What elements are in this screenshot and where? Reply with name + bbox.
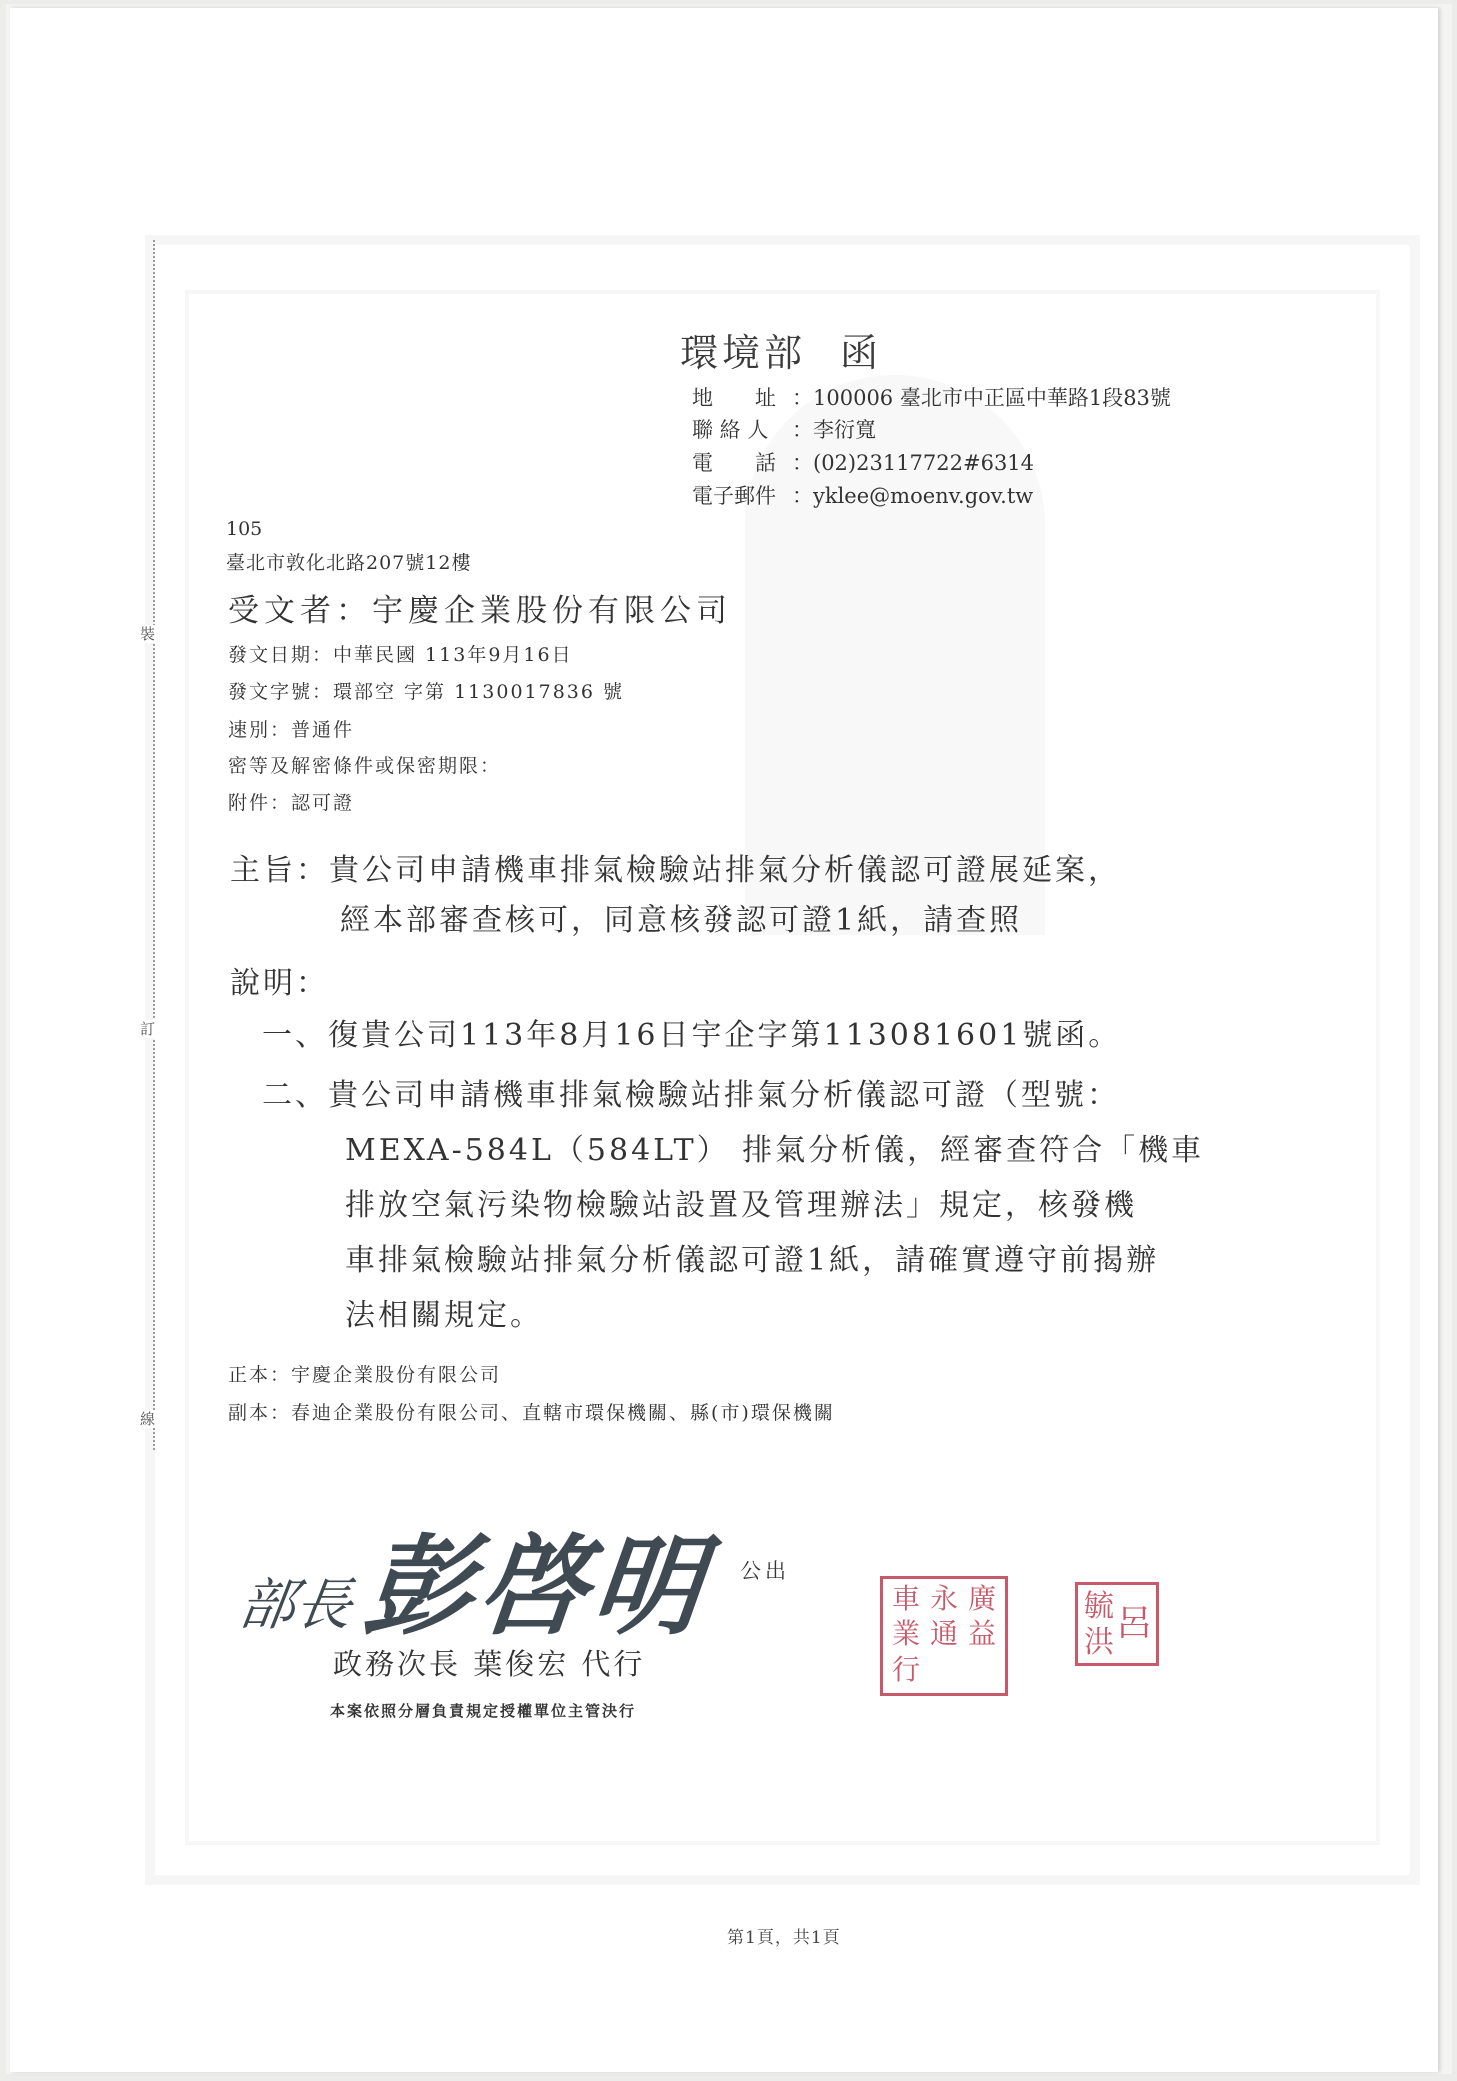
explanation-item-2: 二、貴公司申請機車排氣檢驗站排氣分析儀認可證（型號：	[262, 1070, 1120, 1114]
seal-char: 毓	[1082, 1589, 1116, 1625]
meta-label: 密等及解密條件或保密期限：	[228, 755, 501, 777]
seal-char: 業	[887, 1618, 925, 1653]
seal-char: 洪	[1082, 1625, 1116, 1661]
meta-value: 環部空 字第 1130017836 號	[333, 681, 624, 703]
seal-char: 呂	[1116, 1589, 1152, 1661]
subject-line-2: 經本部審查核可，同意核發認可證1紙，請查照	[340, 895, 1022, 939]
seal-char: 永	[925, 1583, 963, 1618]
release-mark: 公出	[740, 1555, 790, 1585]
contact-label: 電子郵件	[692, 480, 792, 510]
contact-person: 聯 絡 人：李衍寬	[692, 414, 876, 444]
contact-phone: 電 話：(02)23117722#6314	[692, 447, 1034, 477]
signature-block: 部長彭啓明	[240, 1500, 708, 1655]
contact-label: 聯 絡 人	[692, 414, 792, 444]
recipient-address: 臺北市敦化北路207號12樓	[226, 548, 471, 575]
seal-char	[925, 1654, 963, 1689]
item-number: 二、	[262, 1078, 328, 1113]
item-number: 一、	[262, 1018, 328, 1053]
meta-value: 認可證	[291, 792, 354, 814]
meta-label: 附件：	[228, 792, 291, 814]
distribution-label: 副本：	[228, 1402, 291, 1424]
distribution-value: 宇慶企業股份有限公司	[291, 1364, 501, 1386]
delegation-note: 本案依照分層負責規定授權單位主管決行	[330, 1700, 636, 1721]
explanation-item-2-line-5: 法相關規定。	[345, 1290, 543, 1334]
deputy-signatory: 政務次長 葉俊宏 代行	[333, 1642, 645, 1683]
contact-address: 地 址：100006 臺北市中正區中華路1段83號	[692, 382, 1171, 412]
explanation-item-1: 一、復貴公司113年8月16日宇企字第113081601號函。	[262, 1010, 1121, 1054]
issue-date: 發文日期：中華民國 113年9月16日	[228, 640, 573, 667]
urgency: 速別：普通件	[228, 715, 354, 742]
signatory-name: 彭啓明	[358, 1500, 716, 1655]
meta-label: 發文日期：	[228, 644, 333, 666]
item-text: 復貴公司113年8月16日宇企字第113081601號函。	[328, 1018, 1121, 1053]
agency-name: 環境部	[680, 331, 806, 375]
subject-label: 主旨：	[230, 853, 329, 888]
seal-char: 通	[925, 1618, 963, 1653]
signatory-title: 部長	[234, 1561, 357, 1641]
explanation-item-2-line-3: 排放空氣污染物檢驗站設置及管理辦法」規定，核發機	[345, 1180, 1137, 1224]
copy-recipients: 副本：春迪企業股份有限公司、直轄市環保機關、縣(市)環保機關	[228, 1398, 835, 1425]
recipient-name: 宇慶企業股份有限公司	[372, 593, 732, 629]
contact-value: 100006 臺北市中正區中華路1段83號	[813, 386, 1171, 410]
distribution-value: 春迪企業股份有限公司、直轄市環保機關、縣(市)環保機關	[291, 1402, 835, 1424]
contact-email: 電子郵件：yklee@moenv.gov.tw	[692, 480, 1033, 510]
attachment: 附件：認可證	[228, 788, 354, 815]
seal-char: 廣	[963, 1583, 1001, 1618]
binding-mark-bottom: 線	[140, 1410, 155, 1428]
meta-label: 發文字號：	[228, 681, 333, 703]
confidentiality: 密等及解密條件或保密期限：	[228, 751, 501, 778]
personal-seal-stamp: 呂 毓 洪	[1075, 1582, 1159, 1666]
binding-dotted-line	[153, 240, 155, 1450]
explanation-item-2-line-2: MEXA-584L（584LT） 排氣分析儀，經審查符合「機車	[345, 1125, 1204, 1169]
original-recipient: 正本：宇慶企業股份有限公司	[228, 1360, 501, 1387]
contact-label: 地 址	[692, 382, 792, 412]
recipient-postal-code: 105	[226, 518, 262, 540]
recipient-label: 受文者：	[228, 593, 372, 629]
subject-text: 貴公司申請機車排氣檢驗站排氣分析儀認可證展延案，	[329, 853, 1121, 888]
contact-label: 電 話	[692, 447, 792, 477]
distribution-label: 正本：	[228, 1364, 291, 1386]
seal-char: 益	[963, 1618, 1001, 1653]
seal-char: 行	[887, 1654, 925, 1689]
seal-char: 車	[887, 1583, 925, 1618]
binding-mark-top: 裝	[140, 625, 155, 643]
contact-value: 李衍寬	[813, 418, 876, 442]
seal-char	[963, 1654, 1001, 1689]
page-indicator: 第1頁，共1頁	[727, 1923, 841, 1948]
contact-email-value[interactable]: yklee@moenv.gov.tw	[813, 484, 1033, 508]
contact-value: (02)23117722#6314	[813, 451, 1034, 475]
meta-label: 速別：	[228, 719, 291, 741]
binding-mark-middle: 訂	[140, 1020, 155, 1038]
item-text: 貴公司申請機車排氣檢驗站排氣分析儀認可證（型號：	[328, 1078, 1120, 1113]
document-type: 函	[840, 331, 882, 375]
subject-line-1: 主旨：貴公司申請機車排氣檢驗站排氣分析儀認可證展延案，	[230, 845, 1121, 889]
recipient: 受文者：宇慶企業股份有限公司	[228, 585, 732, 630]
explanation-label: 說明：	[230, 958, 329, 1002]
meta-value: 普通件	[291, 719, 354, 741]
document-number: 發文字號：環部空 字第 1130017836 號	[228, 677, 624, 704]
explanation-item-2-line-4: 車排氣檢驗站排氣分析儀認可證1紙，請確實遵守前揭辦	[345, 1235, 1159, 1279]
company-seal-stamp: 廣 益 永 通 車 業 行	[880, 1576, 1008, 1696]
document-title: 環境部函	[680, 322, 882, 377]
meta-value: 中華民國 113年9月16日	[333, 644, 573, 666]
